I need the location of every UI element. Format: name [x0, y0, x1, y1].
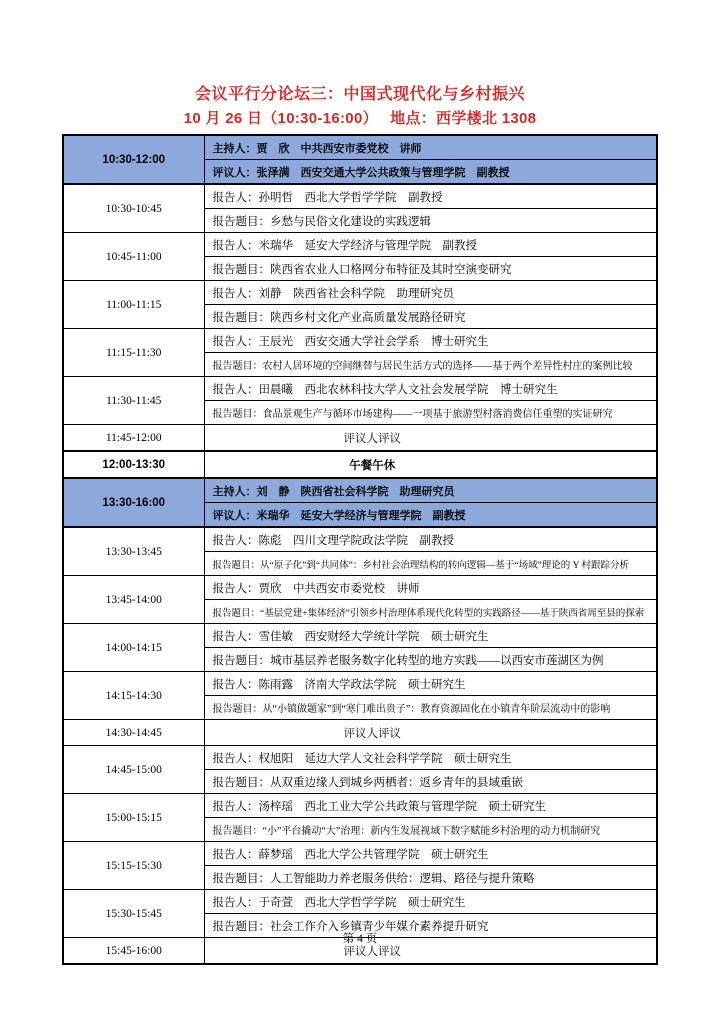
- schedule-row: 12:00-13:30午餐午休: [63, 451, 657, 478]
- speaker-line: 报告人：米瑞华 延安大学经济与管理学院 副教授: [204, 233, 657, 257]
- session-discussant-line: 评议人：米瑞华 延安大学经济与管理学院 副教授: [204, 503, 657, 528]
- lunch-cell: 午餐午休: [204, 451, 657, 478]
- schedule-row: 10:30-12:00主持人：贾 欣 中共西安市委党校 讲师: [63, 135, 657, 160]
- schedule-table: 10:30-12:00主持人：贾 欣 中共西安市委党校 讲师评议人：张泽满 西安…: [62, 134, 658, 965]
- schedule-row: 10:30-10:45报告人：孙明哲 西北大学哲学学院 副教授: [63, 184, 657, 209]
- time-cell: 11:15-11:30: [63, 329, 204, 377]
- schedule-row: 13:45-14:00报告人：贾欣 中共西安市委党校 讲师: [63, 576, 657, 600]
- time-cell: 10:30-12:00: [63, 135, 204, 184]
- time-cell: 11:00-11:15: [63, 281, 204, 329]
- time-cell: 13:30-13:45: [63, 527, 204, 576]
- review-cell: 评议人评议: [204, 720, 657, 746]
- schedule-row: 15:30-15:45报告人：于奇萱 西北大学哲学学院 硕士研究生: [63, 890, 657, 914]
- forum-date-location: 10 月 26 日（10:30-16:00） 地点：西学楼北 1308: [0, 107, 720, 131]
- schedule-row: 11:15-11:30报告人：王辰光 西安交通大学社会学系 博士研究生: [63, 329, 657, 353]
- topic-line: 报告题目：从“小镇做题家”到“寒门难出贵子”：教育资源固化在小镇青年阶层流动中的…: [204, 696, 657, 720]
- topic-line: 报告题目：农村人居环境的空间继替与居民生活方式的选择——基于两个差异性村庄的案例…: [204, 353, 657, 377]
- time-cell: 15:00-15:15: [63, 794, 204, 842]
- schedule-row: 13:30-13:45报告人：陈彪 四川文理学院政法学院 副教授: [63, 527, 657, 552]
- topic-line: 报告题目：陕西乡村文化产业高质量发展路径研究: [204, 305, 657, 329]
- schedule-row: 11:45-12:00评议人评议: [63, 425, 657, 452]
- schedule-row: 15:15-15:30报告人：薛梦瑶 西北大学公共管理学院 硕士研究生: [63, 842, 657, 866]
- topic-line: 报告题目：“基层党建+集体经济”引领乡村治理体系现代化转型的实践路径——基于陕西…: [204, 600, 657, 624]
- schedule-row: 14:00-14:15报告人：雪佳敏 西安财经大学统计学院 硕士研究生: [63, 624, 657, 648]
- speaker-line: 报告人：刘静 陕西省社会科学院 助理研究员: [204, 281, 657, 305]
- schedule-row: 14:45-15:00报告人：权旭阳 延边大学人文社会科学学院 硕士研究生: [63, 746, 657, 770]
- speaker-line: 报告人：于奇萱 西北大学哲学学院 硕士研究生: [204, 890, 657, 914]
- time-cell: 13:30-16:00: [63, 478, 204, 527]
- time-cell: 13:45-14:00: [63, 576, 204, 624]
- time-cell: 12:00-13:30: [63, 451, 204, 478]
- speaker-line: 报告人：贾欣 中共西安市委党校 讲师: [204, 576, 657, 600]
- speaker-line: 报告人：陈雨露 济南大学政法学院 硕士研究生: [204, 672, 657, 696]
- schedule-row: 15:00-15:15报告人：汤梓瑶 西北工业大学公共政策与管理学院 硕士研究生: [63, 794, 657, 818]
- topic-line: 报告题目：陕西省农业人口格网分布特征及其时空演变研究: [204, 257, 657, 281]
- topic-line: 报告题目：从“原子化”到“共同体”：乡村社会治理结构的转向逻辑—基于“场域”理论…: [204, 552, 657, 576]
- speaker-line: 报告人：薛梦瑶 西北大学公共管理学院 硕士研究生: [204, 842, 657, 866]
- schedule-row: 13:30-16:00主持人：刘 静 陕西省社会科学院 助理研究员: [63, 478, 657, 503]
- topic-line: 报告题目：人工智能助力养老服务供给：逻辑、路径与提升策略: [204, 866, 657, 890]
- forum-title: 会议平行分论坛三：中国式现代化与乡村振兴: [0, 82, 720, 107]
- time-cell: 14:30-14:45: [63, 720, 204, 746]
- session-discussant-line: 评议人：张泽满 西安交通大学公共政策与管理学院 副教授: [204, 160, 657, 185]
- time-cell: 10:30-10:45: [63, 184, 204, 233]
- schedule-row: 11:00-11:15报告人：刘静 陕西省社会科学院 助理研究员: [63, 281, 657, 305]
- schedule-row: 11:30-11:45报告人：田晨曦 西北农林科技大学人文社会发展学院 博士研究…: [63, 377, 657, 401]
- time-cell: 15:15-15:30: [63, 842, 204, 890]
- time-cell: 14:45-15:00: [63, 746, 204, 794]
- time-cell: 11:45-12:00: [63, 425, 204, 452]
- time-cell: 14:15-14:30: [63, 672, 204, 720]
- session-chair-line: 主持人：刘 静 陕西省社会科学院 助理研究员: [204, 478, 657, 503]
- speaker-line: 报告人：孙明哲 西北大学哲学学院 副教授: [204, 184, 657, 209]
- speaker-line: 报告人：汤梓瑶 西北工业大学公共政策与管理学院 硕士研究生: [204, 794, 657, 818]
- document-page: { "page": { "title_line1": "会议平行分论坛三：中国式…: [0, 0, 720, 1018]
- speaker-line: 报告人：陈彪 四川文理学院政法学院 副教授: [204, 527, 657, 552]
- schedule-row: 14:15-14:30报告人：陈雨露 济南大学政法学院 硕士研究生: [63, 672, 657, 696]
- speaker-line: 报告人：田晨曦 西北农林科技大学人文社会发展学院 博士研究生: [204, 377, 657, 401]
- time-cell: 10:45-11:00: [63, 233, 204, 281]
- page-header: 会议平行分论坛三：中国式现代化与乡村振兴 10 月 26 日（10:30-16:…: [0, 0, 720, 131]
- topic-line: 报告题目：食品景观生产与循环市场建构——一项基于旅游型村落消费信任重塑的实证研究: [204, 401, 657, 425]
- schedule-row: 14:30-14:45评议人评议: [63, 720, 657, 746]
- speaker-line: 报告人：雪佳敏 西安财经大学统计学院 硕士研究生: [204, 624, 657, 648]
- topic-line: 报告题目：乡愁与民俗文化建设的实践逻辑: [204, 209, 657, 233]
- schedule-row: 10:45-11:00报告人：米瑞华 延安大学经济与管理学院 副教授: [63, 233, 657, 257]
- review-cell: 评议人评议: [204, 425, 657, 452]
- speaker-line: 报告人：王辰光 西安交通大学社会学系 博士研究生: [204, 329, 657, 353]
- topic-line: 报告题目：从双重边缘人到城乡两栖者：返乡青年的县域重嵌: [204, 770, 657, 794]
- page-number: 第 4 页: [0, 930, 720, 946]
- time-cell: 14:00-14:15: [63, 624, 204, 672]
- speaker-line: 报告人：权旭阳 延边大学人文社会科学学院 硕士研究生: [204, 746, 657, 770]
- topic-line: 报告题目：城市基层养老服务数字化转型的地方实践——以西安市莲湖区为例: [204, 648, 657, 672]
- time-cell: 11:30-11:45: [63, 377, 204, 425]
- schedule-body: 10:30-12:00主持人：贾 欣 中共西安市委党校 讲师评议人：张泽满 西安…: [63, 135, 657, 964]
- session-chair-line: 主持人：贾 欣 中共西安市委党校 讲师: [204, 135, 657, 160]
- topic-line: 报告题目：“小”平台撬动“大”治理：新内生发展视域下数字赋能乡村治理的动力机制研…: [204, 818, 657, 842]
